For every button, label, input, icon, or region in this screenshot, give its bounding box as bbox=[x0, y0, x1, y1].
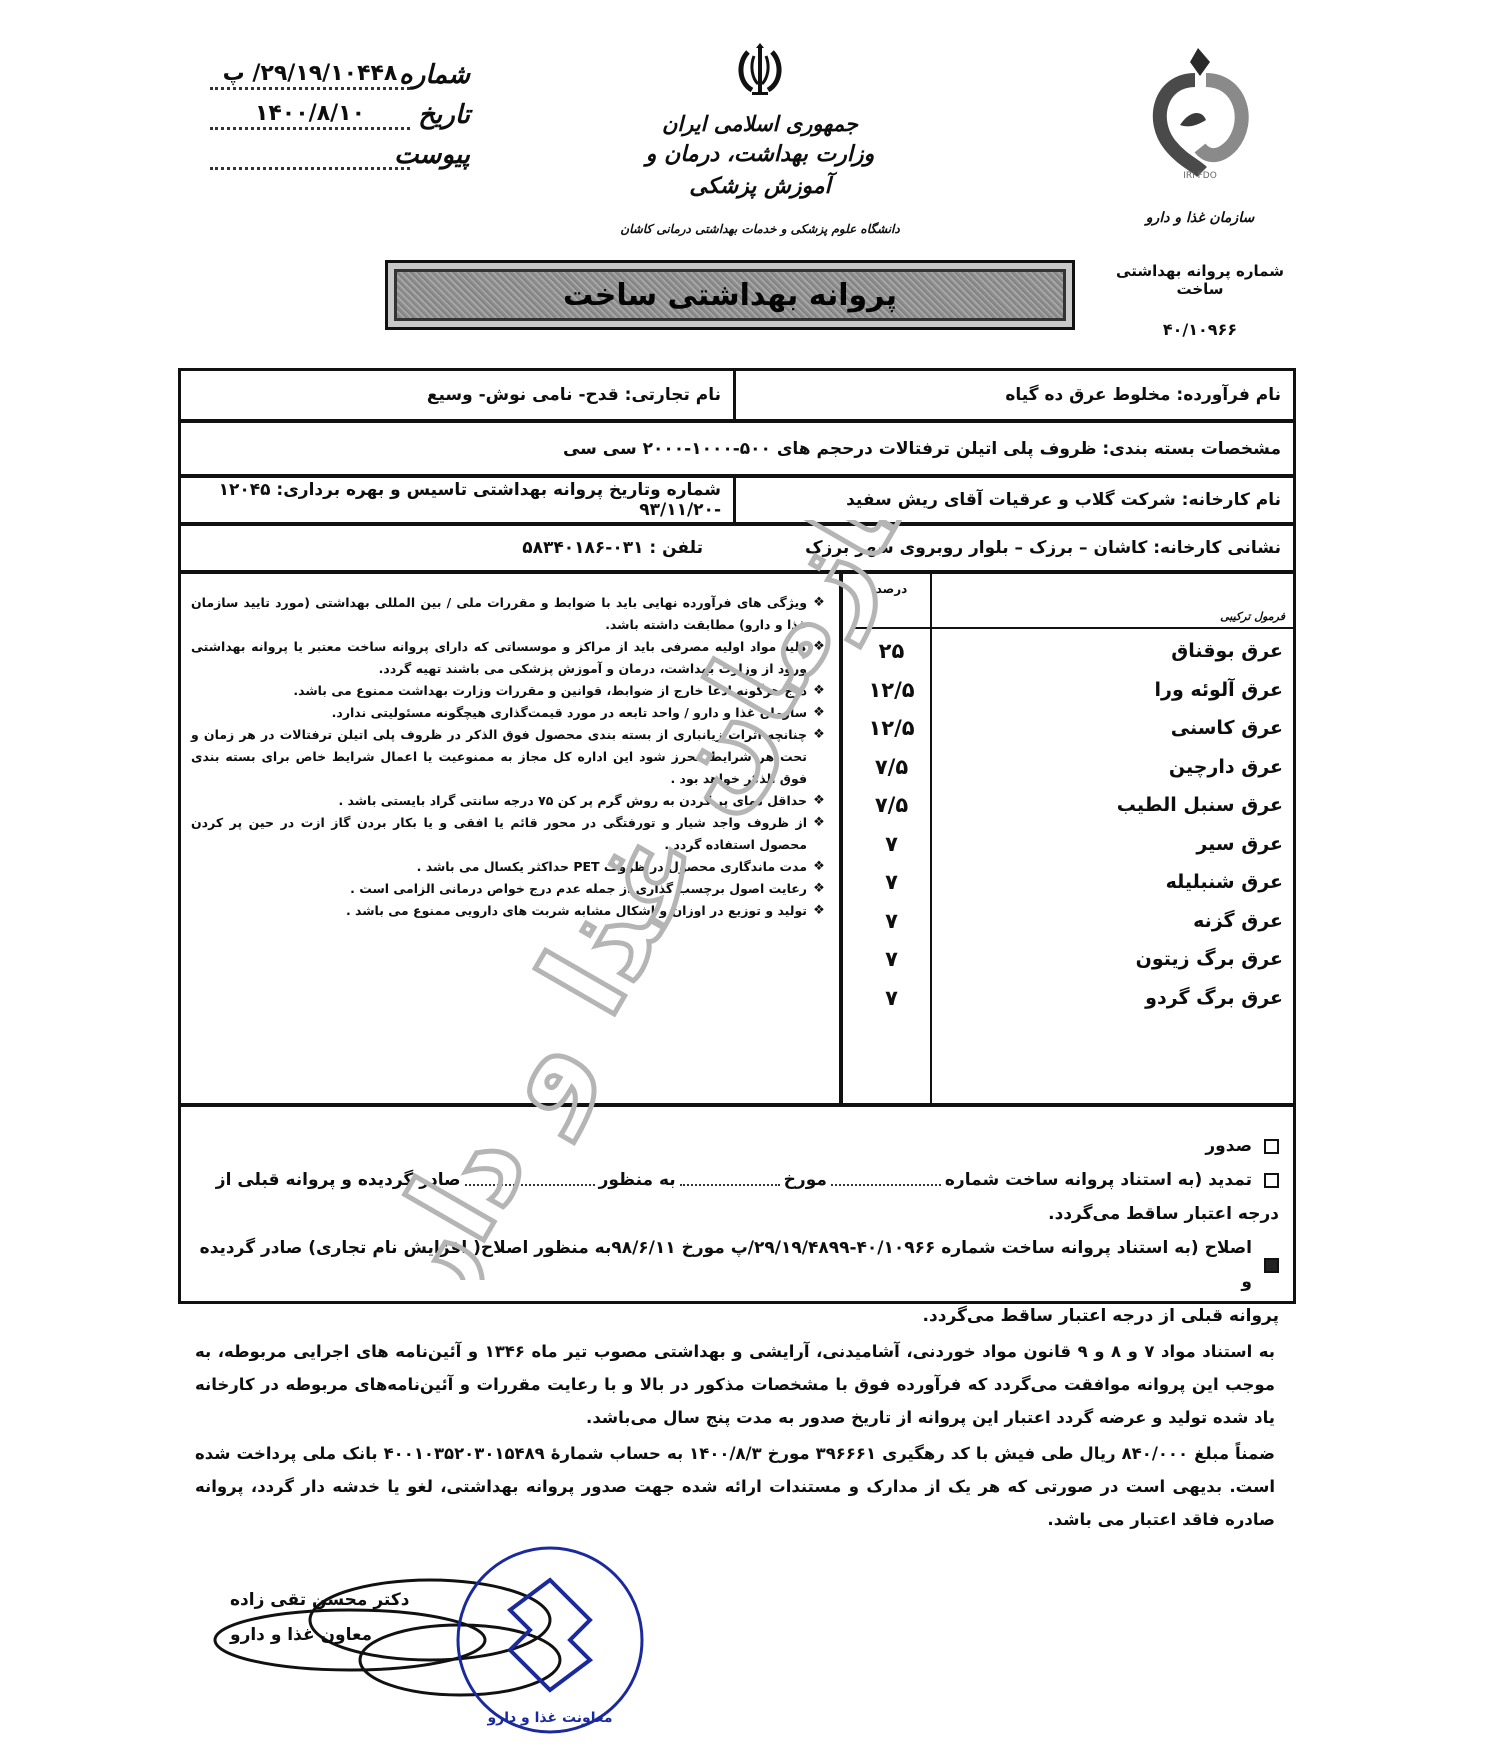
fda-logo-icon: IRI FDO bbox=[1140, 40, 1260, 180]
signatory-title: معاون غذا و دارو bbox=[230, 1625, 372, 1645]
letter-number-label: شماره bbox=[410, 60, 470, 90]
ministry-header: جمهوری اسلامی ایران وزارت بهداشت، درمان … bbox=[620, 40, 900, 236]
address-row: نشانی کارخانه: کاشان – برزک – بلوار روبر… bbox=[181, 526, 1293, 574]
svg-text:IRI FDO: IRI FDO bbox=[1183, 171, 1217, 180]
renewal-option-cont: درجه اعتبار ساقط می‌گردد. bbox=[191, 1197, 1279, 1231]
ingredient-row: عرق سیر۷ bbox=[853, 829, 1293, 868]
permit-table: نام فرآورده: مخلوط عرق ده گیاه نام تجارت… bbox=[178, 368, 1296, 1304]
conditions-list: ❖ویژگی های فرآورده نهایی باید با ضوابط و… bbox=[187, 574, 843, 1103]
diamond-bullet-icon: ❖ bbox=[807, 680, 831, 702]
diamond-bullet-icon: ❖ bbox=[807, 702, 831, 724]
condition-item: ❖درج هرگونه ادعا خارج از ضوابط، قوانین و… bbox=[191, 680, 831, 702]
letter-attachment-label: پیوست bbox=[410, 140, 470, 170]
ingredient-row: عرق کاسنی۱۲/۵ bbox=[853, 713, 1293, 752]
letter-attachment-row: پیوست bbox=[210, 130, 470, 170]
renewal-purpose-blank bbox=[465, 1174, 595, 1186]
letter-number-value: ۲۹/۱۹/۱۰۴۴۸/ پ bbox=[210, 60, 410, 90]
permit-number-value: ۴۰/۱۰۹۶۶ bbox=[1090, 320, 1310, 339]
product-name-cell: نام فرآورده: مخلوط عرق ده گیاه bbox=[733, 371, 1293, 419]
issue-label: صدور bbox=[1205, 1129, 1252, 1163]
letter-number-row: شماره ۲۹/۱۹/۱۰۴۴۸/ پ bbox=[210, 50, 470, 90]
brand-name-cell: نام تجارتی: قدح- نامی نوش- وسیع bbox=[181, 371, 733, 419]
packaging-cell: مشخصات بسته بندی: ظروف پلی اتیلن ترفتالا… bbox=[181, 423, 1293, 474]
condition-item: ❖حداقل دمای پر کردن به روش گرم پر کن ۷۵ … bbox=[191, 790, 831, 812]
renewal-date-blank bbox=[680, 1174, 780, 1186]
condition-item: ❖رعایت اصول برچسب گذاری از جمله عدم درج … bbox=[191, 878, 831, 900]
signatory-name: دکتر محسن تقی زاده bbox=[230, 1590, 409, 1610]
iran-emblem-icon bbox=[730, 40, 790, 100]
condition-item: ❖از ظروف واجد شیار و تورفتگی در محور قائ… bbox=[191, 812, 831, 856]
ingredient-list: عرق بوقناق۲۵ عرق آلوئه ورا۱۲/۵ عرق کاسنی… bbox=[853, 636, 1293, 1021]
ingredient-row: عرق گزنه۷ bbox=[853, 906, 1293, 945]
signature-block: دکتر محسن تقی زاده معاون غذا و دارو معاو… bbox=[210, 1540, 630, 1740]
ingredient-row: عرق شنبلیله۷ bbox=[853, 867, 1293, 906]
issue-checkbox[interactable] bbox=[1264, 1139, 1279, 1154]
letter-date-value: ۱۴۰۰/۸/۱۰ bbox=[210, 100, 410, 130]
ingredient-row: عرق بوقناق۲۵ bbox=[853, 636, 1293, 675]
establishment-permit-cell: شماره وتاریخ پروانه بهداشتی تاسیس و بهره… bbox=[181, 478, 733, 522]
ministry-name: وزارت بهداشت، درمان و آموزش پزشکی bbox=[620, 138, 900, 202]
permit-number-label: شماره پروانه بهداشتی ساخت bbox=[1090, 262, 1310, 298]
diamond-bullet-icon: ❖ bbox=[807, 878, 831, 900]
fda-header: IRI FDO سازمان غذا و دارو شماره پروانه ب… bbox=[1090, 40, 1310, 339]
amend-option: اصلاح (به استناد پروانه ساخت شماره ۴۰/۱۰… bbox=[191, 1231, 1279, 1299]
factory-name-cell: نام کارخانه: شرکت گلاب و عرقیات آقای ریش… bbox=[733, 478, 1293, 522]
ingredient-row: عرق برگ زیتون۷ bbox=[853, 944, 1293, 983]
republic-name: جمهوری اسلامی ایران bbox=[620, 110, 900, 138]
payment-paragraph: ضمناً مبلغ ۸۴۰/۰۰۰ ریال طی فیش با کد رهگ… bbox=[195, 1437, 1275, 1536]
diamond-bullet-icon: ❖ bbox=[807, 790, 831, 812]
legal-basis-paragraph: به استناد مواد ۷ و ۸ و ۹ قانون مواد خورد… bbox=[195, 1335, 1275, 1434]
document-title-banner: پروانه بهداشتی ساخت bbox=[385, 260, 1075, 330]
factory-address-cell: نشانی کارخانه: کاشان – برزک – بلوار روبر… bbox=[733, 526, 1293, 570]
amend-option-cont: پروانه قبلی از درجه اعتبار ساقط می‌گردد. bbox=[191, 1299, 1279, 1333]
percent-header-label: درصد bbox=[853, 582, 930, 596]
ingredient-row: عرق سنبل الطیب۷/۵ bbox=[853, 790, 1293, 829]
amend-checkbox[interactable] bbox=[1264, 1258, 1279, 1273]
condition-item: ❖ویژگی های فرآورده نهایی باید با ضوابط و… bbox=[191, 592, 831, 636]
formula-column: فرمول ترکیبی درصد عرق بوقناق۲۵ عرق آلوئه… bbox=[853, 574, 1293, 1103]
renewal-checkbox[interactable] bbox=[1264, 1173, 1279, 1188]
letter-date-row: تاریخ ۱۴۰۰/۸/۱۰ bbox=[210, 90, 470, 130]
condition-item: ❖تولید و توزیع در اوزان و اشکال مشابه شر… bbox=[191, 900, 831, 922]
ingredient-row: عرق برگ گردو۷ bbox=[853, 983, 1293, 1022]
svg-text:معاونت غذا و دارو: معاونت غذا و دارو bbox=[486, 1710, 612, 1726]
letter-date-label: تاریخ bbox=[410, 100, 470, 130]
phone-cell: تلفن : ۰۳۱-۵۸۳۴۰۱۸۶ bbox=[181, 526, 733, 570]
diamond-bullet-icon: ❖ bbox=[807, 812, 831, 856]
packaging-row: مشخصات بسته بندی: ظروف پلی اتیلن ترفتالا… bbox=[181, 423, 1293, 478]
official-stamp-icon: معاونت غذا و دارو bbox=[450, 1540, 650, 1740]
fda-name: سازمان غذا و دارو bbox=[1090, 210, 1310, 226]
ingredient-row: عرق آلوئه ورا۱۲/۵ bbox=[853, 675, 1293, 714]
condition-item: ❖مدت ماندگاری محصول در ظروف PET حداکثر ی… bbox=[191, 856, 831, 878]
formula-and-notes: فرمول ترکیبی درصد عرق بوقناق۲۵ عرق آلوئه… bbox=[181, 574, 1293, 1107]
permit-status-section: صدور تمدید (به استناد پروانه ساخت شماره … bbox=[181, 1111, 1293, 1301]
diamond-bullet-icon: ❖ bbox=[807, 592, 831, 636]
formula-header-label: فرمول ترکیبی bbox=[1220, 610, 1285, 623]
diamond-bullet-icon: ❖ bbox=[807, 636, 831, 680]
renewal-option: تمدید (به استناد پروانه ساخت شماره مورخ … bbox=[191, 1163, 1279, 1197]
formula-header: فرمول ترکیبی درصد bbox=[853, 574, 1293, 629]
renewal-number-blank bbox=[831, 1174, 941, 1186]
condition-item: ❖سازمان غذا و دارو / واحد تابعه در مورد … bbox=[191, 702, 831, 724]
document-title: پروانه بهداشتی ساخت bbox=[563, 278, 897, 313]
product-row: نام فرآورده: مخلوط عرق ده گیاه نام تجارت… bbox=[181, 371, 1293, 423]
letter-meta: شماره ۲۹/۱۹/۱۰۴۴۸/ پ تاریخ ۱۴۰۰/۸/۱۰ پیو… bbox=[210, 50, 470, 170]
issue-option: صدور bbox=[191, 1129, 1279, 1163]
condition-item: ❖چنانچه اثرات زیانباری از بسته بندی محصو… bbox=[191, 724, 831, 790]
factory-row: نام کارخانه: شرکت گلاب و عرقیات آقای ریش… bbox=[181, 478, 1293, 526]
ingredient-row: عرق دارچین۷/۵ bbox=[853, 752, 1293, 791]
diamond-bullet-icon: ❖ bbox=[807, 856, 831, 878]
letter-attachment-value bbox=[210, 140, 410, 170]
diamond-bullet-icon: ❖ bbox=[807, 724, 831, 790]
university-name: دانشگاه علوم پزشکی و خدمات بهداشتی درمان… bbox=[620, 222, 900, 236]
condition-item: ❖کلیه مواد اولیه مصرفی باید از مراکز و م… bbox=[191, 636, 831, 680]
diamond-bullet-icon: ❖ bbox=[807, 900, 831, 922]
